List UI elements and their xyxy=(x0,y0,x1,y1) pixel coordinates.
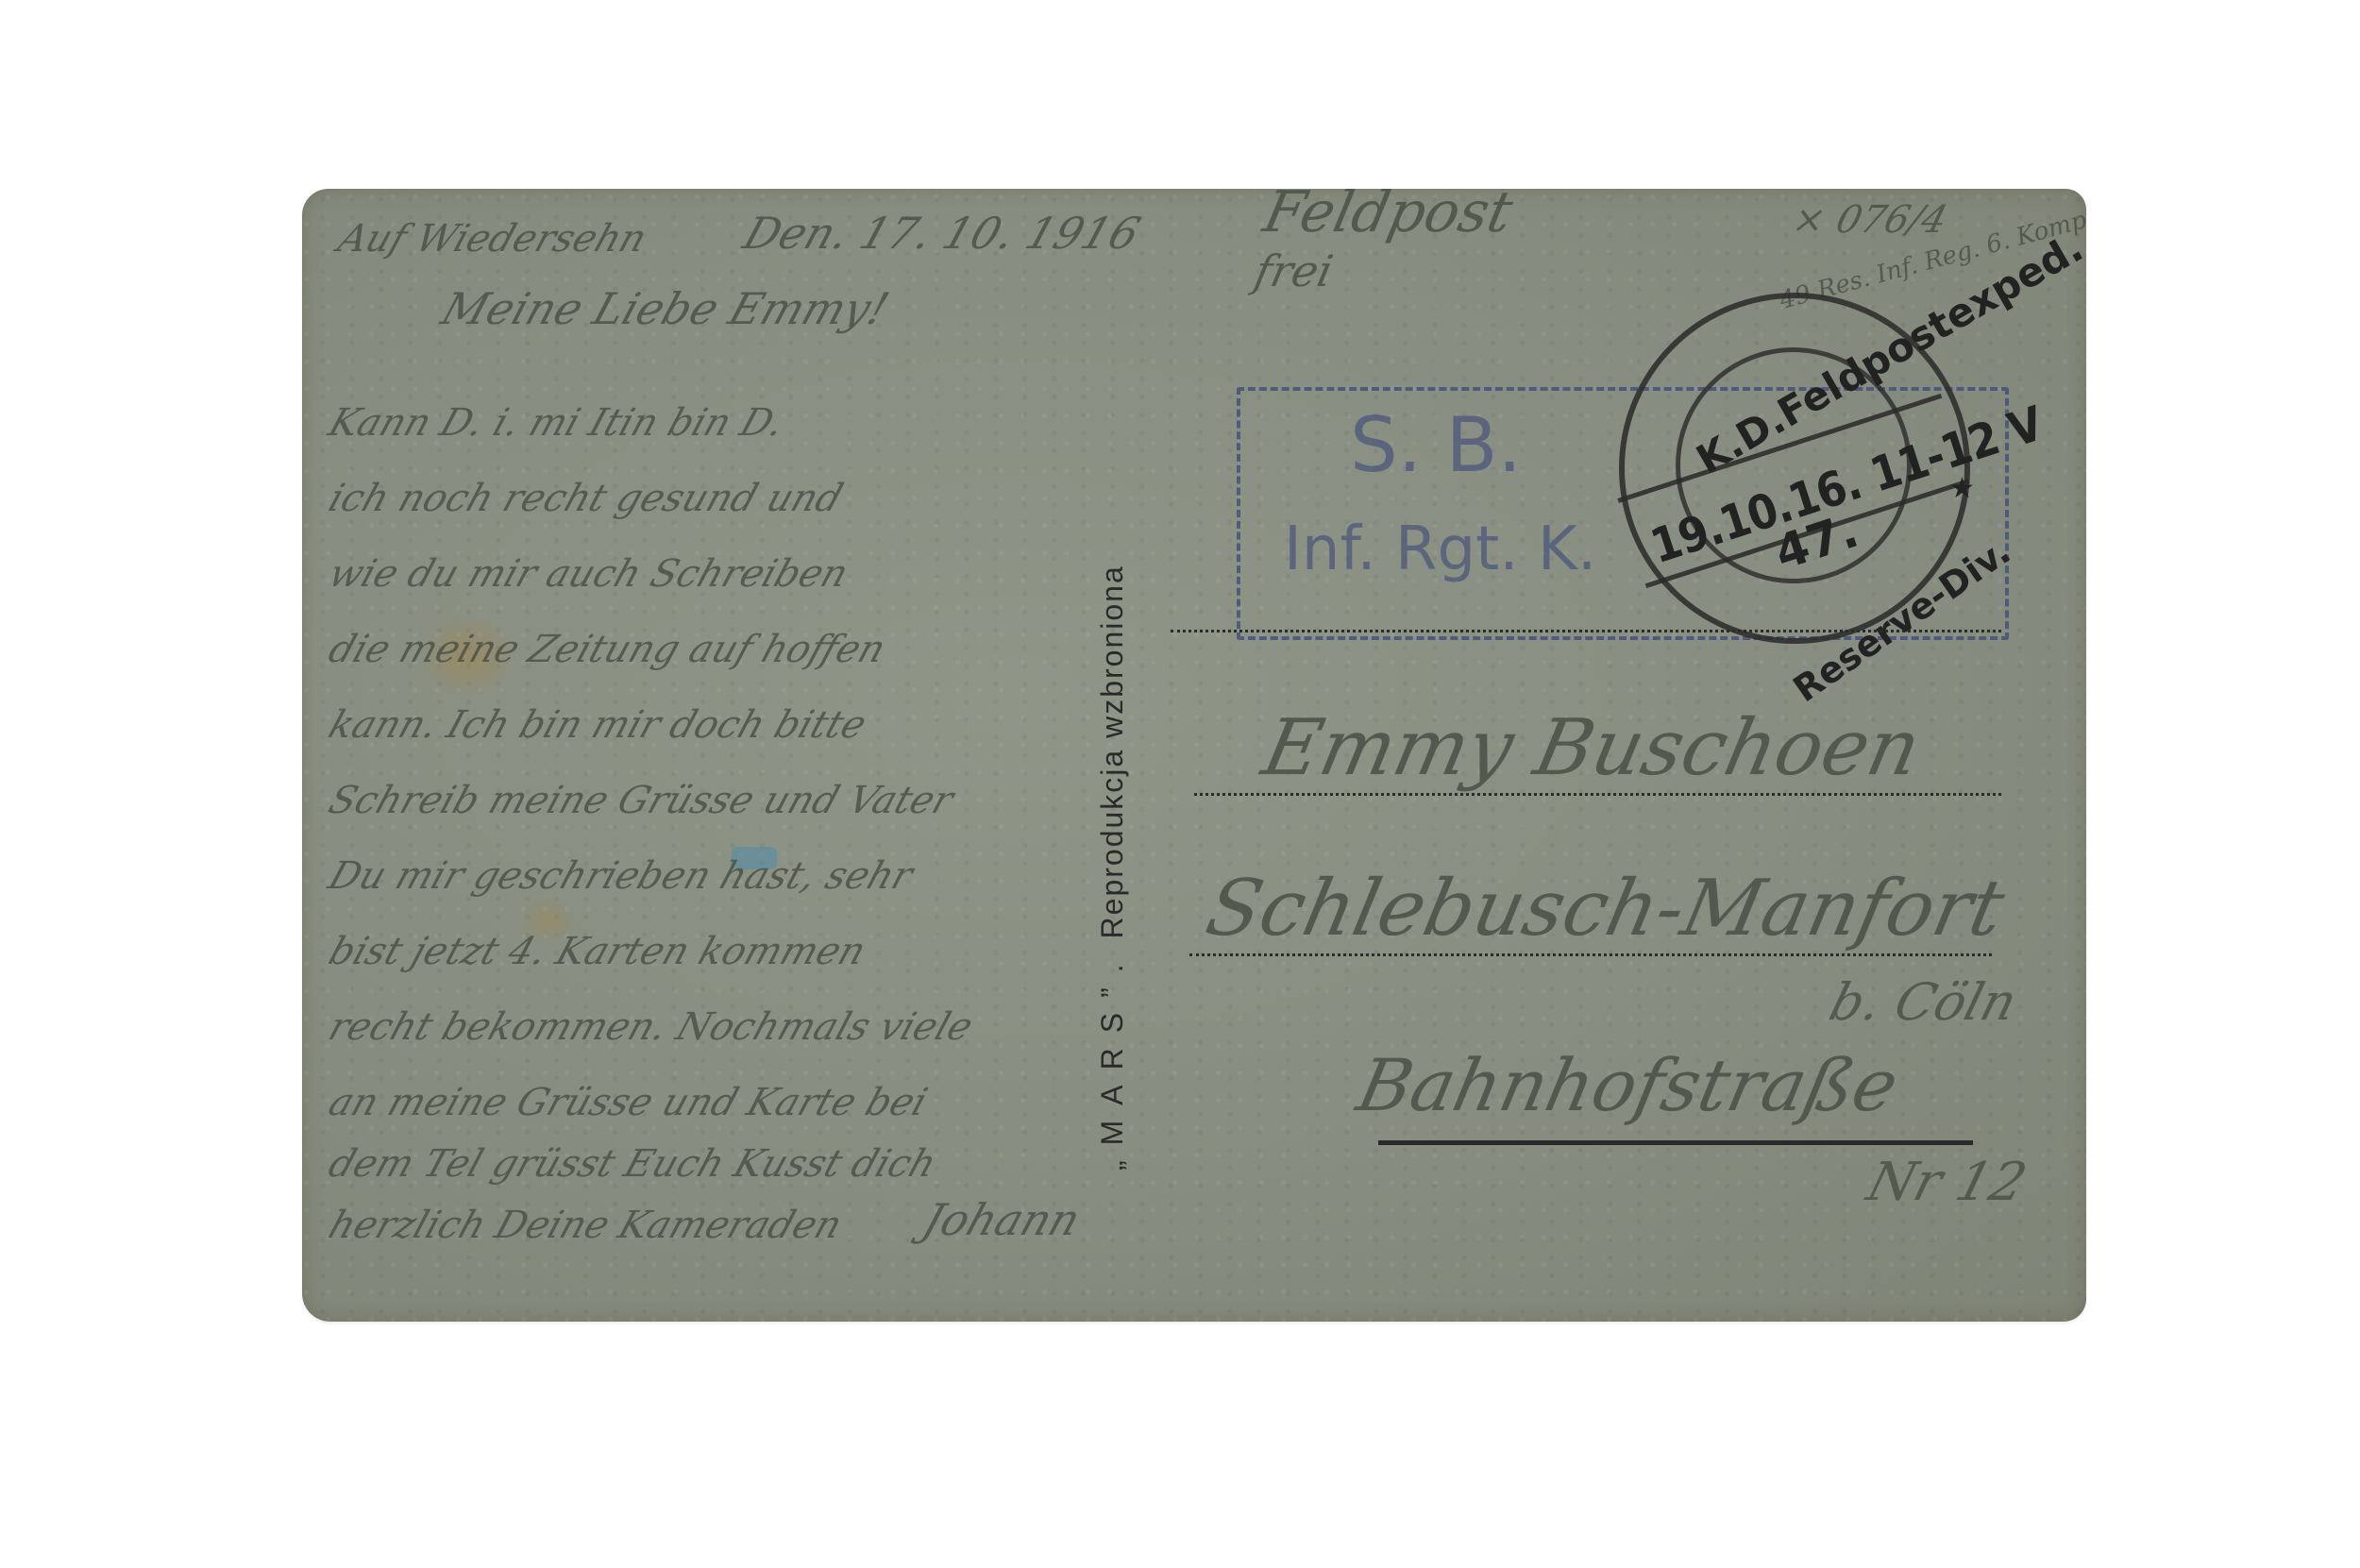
letter-date: Den. 17. 10. 1916 xyxy=(737,208,1146,259)
recipient-town: Schlebusch-Manfort xyxy=(1199,864,2012,953)
letter-line: bist jetzt 4. Karten kommen xyxy=(324,930,871,973)
address-line-1 xyxy=(1171,630,2001,632)
postcard: Auf Wiedersehn Den. 17. 10. 1916 Meine L… xyxy=(302,189,2086,1322)
unit-cachet-top: S. B. xyxy=(1350,401,1522,489)
publisher-imprint: „MARS”. Reprodukcja wzbroniona xyxy=(1095,565,1130,1171)
unit-cachet-bottom: Inf. Rgt. K. xyxy=(1284,514,1596,584)
recipient-house-number: Nr 12 xyxy=(1861,1152,2032,1213)
letter-line: Kann D. i. mi Itin bin D. xyxy=(324,401,790,445)
address-line-3 xyxy=(1189,953,1992,956)
letter-line: Du mir geschrieben hast, sehr xyxy=(324,854,919,898)
letter-line: die meine Zeitung auf hoffen xyxy=(324,628,891,671)
address-line-2 xyxy=(1194,793,2001,796)
recipient-region: b. Cöln xyxy=(1824,972,2024,1032)
letter-line: herzlich Deine Kameraden xyxy=(324,1204,848,1247)
letter-line: wie du mir auch Schreiben xyxy=(324,552,854,596)
letter-header: Auf Wiedersehn xyxy=(333,217,652,261)
recipient-street: Bahnhofstraße xyxy=(1351,1043,1906,1127)
star-icon: ★ xyxy=(1949,472,1975,505)
letter-line: an meine Grüsse und Karte bei xyxy=(324,1081,933,1124)
recipient-name: Emmy Buschoen xyxy=(1256,703,1929,793)
letter-line: recht bekommen. Nochmals viele xyxy=(324,1005,979,1049)
letter-signature: Johann xyxy=(917,1194,1087,1245)
letter-line: Schreib meine Grüsse und Vater xyxy=(324,779,959,822)
reproduction-notice: Reprodukcja wzbroniona xyxy=(1095,565,1129,938)
address-underline xyxy=(1378,1140,1973,1145)
letter-line: kann. Ich bin mir doch bitte xyxy=(324,703,872,747)
publisher-name: „MARS”. xyxy=(1095,949,1129,1171)
letter-line: dem Tel grüsst Euch Kusst dich xyxy=(324,1142,942,1186)
frei-note: frei xyxy=(1250,245,1337,296)
letter-salutation: Meine Liebe Emmy! xyxy=(435,283,895,334)
unit-code: × 076/4 xyxy=(1788,198,1952,242)
letter-line: ich noch recht gesund und xyxy=(324,477,849,520)
feldpost-note: Feldpost xyxy=(1258,189,1519,245)
